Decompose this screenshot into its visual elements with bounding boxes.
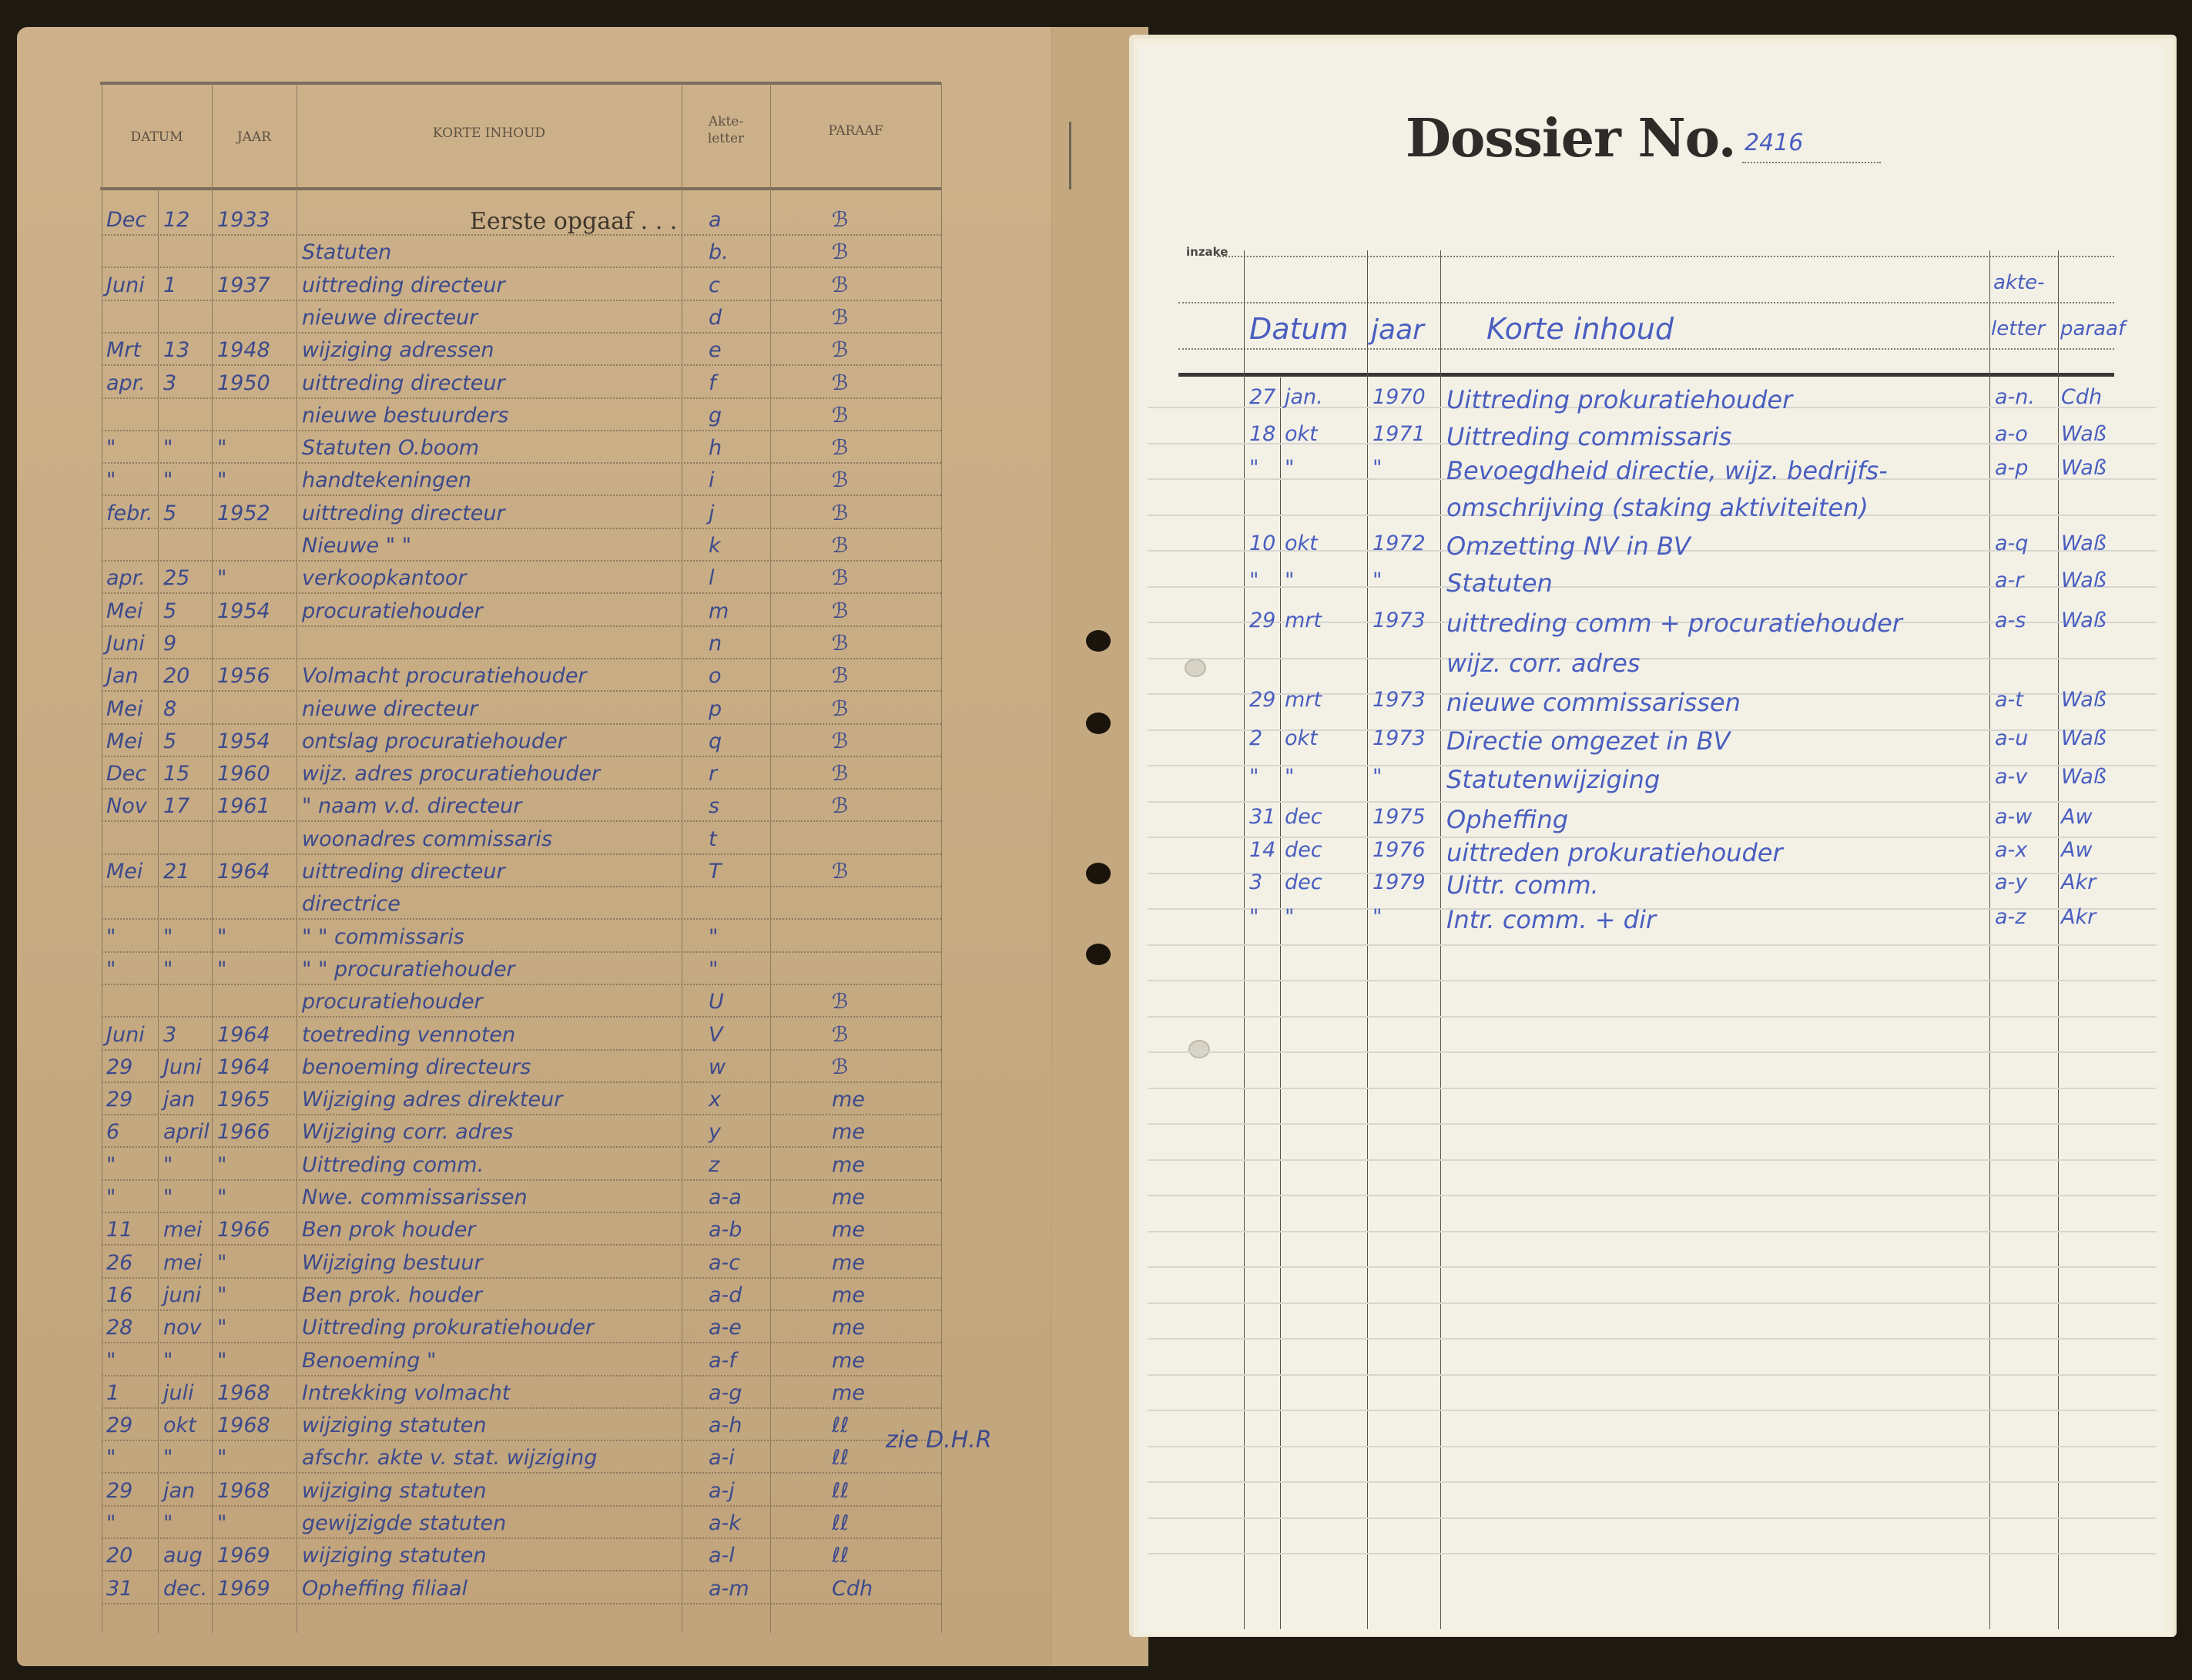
dossier-title: Dossier No. — [1406, 108, 1735, 169]
dossier-number-line — [1742, 162, 1881, 163]
row-year: 1973 — [1373, 688, 1426, 712]
row-month: mrt — [1285, 609, 1322, 632]
ruled-line — [1148, 1266, 2157, 1268]
ruled-line — [1148, 1303, 2157, 1304]
row-year: 1970 — [1373, 385, 1426, 409]
row-akte-letter: a-z — [1995, 905, 2026, 929]
row-content: Omzetting NV in BV — [1446, 531, 1691, 561]
row-month: okt — [1285, 422, 1318, 446]
row-akte-letter: a-w — [1995, 805, 2032, 829]
row-paraaf: Waß — [2061, 609, 2107, 632]
row-paraaf: Waß — [2061, 688, 2107, 712]
header-thick-rule — [1178, 373, 2114, 377]
row-day: 3 — [1249, 870, 1262, 894]
row-paraaf: Cdh — [2061, 385, 2102, 409]
row-year: 1973 — [1373, 609, 1426, 632]
row-month: okt — [1285, 726, 1318, 750]
header-paraaf: paraaf — [2060, 317, 2125, 340]
row-akte-letter: a-o — [1995, 422, 2028, 446]
ruled-line — [1148, 944, 2157, 946]
row-year: " — [1373, 765, 1382, 789]
row-content: Uittreding commissaris — [1446, 422, 1731, 451]
row-year: 1975 — [1373, 805, 1426, 829]
row-month: dec — [1285, 805, 1322, 829]
row-paraaf: Akr — [2061, 905, 2096, 929]
ruled-line — [1148, 1195, 2157, 1196]
ruled-line — [1148, 1553, 2157, 1554]
row-paraaf: Waß — [2061, 765, 2107, 789]
header-jaar: jaar — [1371, 314, 1424, 346]
ruled-line — [1148, 1016, 2157, 1018]
column-rule — [1244, 250, 1245, 1629]
ruled-line — [1148, 1481, 2157, 1483]
row-month: " — [1285, 765, 1294, 789]
row-paraaf: Waß — [2061, 568, 2107, 592]
row-day: 27 — [1249, 385, 1275, 409]
row-content: omschrijving (staking aktiviteiten) — [1446, 493, 1869, 522]
row-content: Bevoegdheid directie, wijz. bedrijfs- — [1446, 456, 1888, 485]
row-content: Statuten — [1446, 568, 1553, 598]
row-day: " — [1249, 568, 1259, 592]
row-month: " — [1285, 456, 1294, 480]
row-paraaf: Waß — [2061, 531, 2107, 555]
row-month: " — [1285, 568, 1294, 592]
row-year: 1979 — [1373, 870, 1426, 894]
row-akte-letter: a-u — [1995, 726, 2028, 750]
row-akte-letter: a-s — [1995, 609, 2026, 632]
row-paraaf: Aw — [2061, 805, 2093, 829]
row-paraaf: Akr — [2061, 870, 2096, 894]
row-day: 14 — [1249, 838, 1275, 862]
row-paraaf: Waß — [2061, 456, 2107, 480]
row-akte-letter: a-x — [1995, 838, 2027, 862]
column-rule — [1280, 377, 1281, 1629]
row-akte-letter: a-p — [1995, 456, 2028, 480]
header-korte-inhoud: Korte inhoud — [1486, 312, 1674, 346]
column-rule — [1440, 250, 1441, 1629]
row-month: jan. — [1285, 385, 1323, 409]
row-year: 1976 — [1373, 838, 1426, 862]
inzake-line — [1217, 256, 2114, 257]
ruled-line — [1148, 1338, 2157, 1340]
row-paraaf: Aw — [2061, 838, 2093, 862]
ruled-line — [1148, 1410, 2157, 1411]
row-akte-letter: a-q — [1995, 531, 2028, 555]
row-month: mrt — [1285, 688, 1322, 712]
row-day: 18 — [1249, 422, 1275, 446]
row-akte-letter: a-y — [1995, 870, 2027, 894]
ruled-line — [1148, 1446, 2157, 1447]
row-content: Uittr. comm. — [1446, 870, 1599, 900]
row-day: " — [1249, 765, 1259, 789]
right-register-table: Dossier No. 2416 inzake Datum jaar Korte… — [0, 0, 2192, 1680]
header-akte-1: akte- — [1993, 271, 2045, 294]
ruled-line — [1148, 1517, 2157, 1519]
row-content: wijz. corr. adres — [1446, 649, 1640, 678]
row-akte-letter: a-r — [1995, 568, 2023, 592]
ruled-line — [1148, 980, 2157, 981]
column-rule — [1989, 250, 1990, 1629]
row-paraaf: Waß — [2061, 726, 2107, 750]
row-content: Statutenwijziging — [1446, 765, 1660, 794]
row-year: 1971 — [1373, 422, 1426, 446]
row-akte-letter: a-t — [1995, 688, 2023, 712]
ruled-line — [1148, 1123, 2157, 1125]
row-month: dec — [1285, 838, 1322, 862]
ruled-line — [1148, 658, 2157, 659]
row-month: dec — [1285, 870, 1322, 894]
row-akte-letter: a-v — [1995, 765, 2027, 789]
row-year: " — [1373, 568, 1382, 592]
row-content: Opheffing — [1446, 805, 1568, 834]
row-year: " — [1373, 905, 1382, 929]
ruled-line — [1148, 1051, 2157, 1053]
row-content: nieuwe commissarissen — [1446, 688, 1741, 717]
column-rule — [1367, 250, 1368, 1629]
row-paraaf: Waß — [2061, 422, 2107, 446]
row-day: 2 — [1249, 726, 1262, 750]
ruled-line — [1148, 1088, 2157, 1089]
row-content: uittreding comm + procuratiehouder — [1446, 609, 1902, 638]
header-dotted-line — [1178, 302, 2114, 303]
ruled-line — [1148, 1374, 2157, 1376]
ruled-line — [1148, 801, 2157, 803]
row-year: 1973 — [1373, 726, 1426, 750]
row-content: uittreden prokuratiehouder — [1446, 838, 1783, 867]
row-day: " — [1249, 905, 1259, 929]
row-day: 31 — [1249, 805, 1275, 829]
dossier-number: 2416 — [1745, 129, 1803, 156]
header-dotted-line — [1178, 348, 2114, 350]
row-month: okt — [1285, 531, 1318, 555]
row-month: " — [1285, 905, 1294, 929]
row-content: Intr. comm. + dir — [1446, 905, 1656, 934]
header-datum: Datum — [1249, 312, 1349, 346]
row-content: Directie omgezet in BV — [1446, 726, 1730, 756]
ruled-line — [1148, 1159, 2157, 1161]
row-day: " — [1249, 456, 1259, 480]
ruled-line — [1148, 1231, 2157, 1232]
row-day: 29 — [1249, 609, 1275, 632]
header-akte-2: letter — [1991, 317, 2045, 340]
row-year: " — [1373, 456, 1382, 480]
row-day: 29 — [1249, 688, 1275, 712]
row-akte-letter: a-n. — [1995, 385, 2035, 409]
row-year: 1972 — [1373, 531, 1426, 555]
row-day: 10 — [1249, 531, 1275, 555]
column-rule — [2058, 250, 2059, 1629]
row-content: Uittreding prokuratiehouder — [1446, 385, 1792, 414]
